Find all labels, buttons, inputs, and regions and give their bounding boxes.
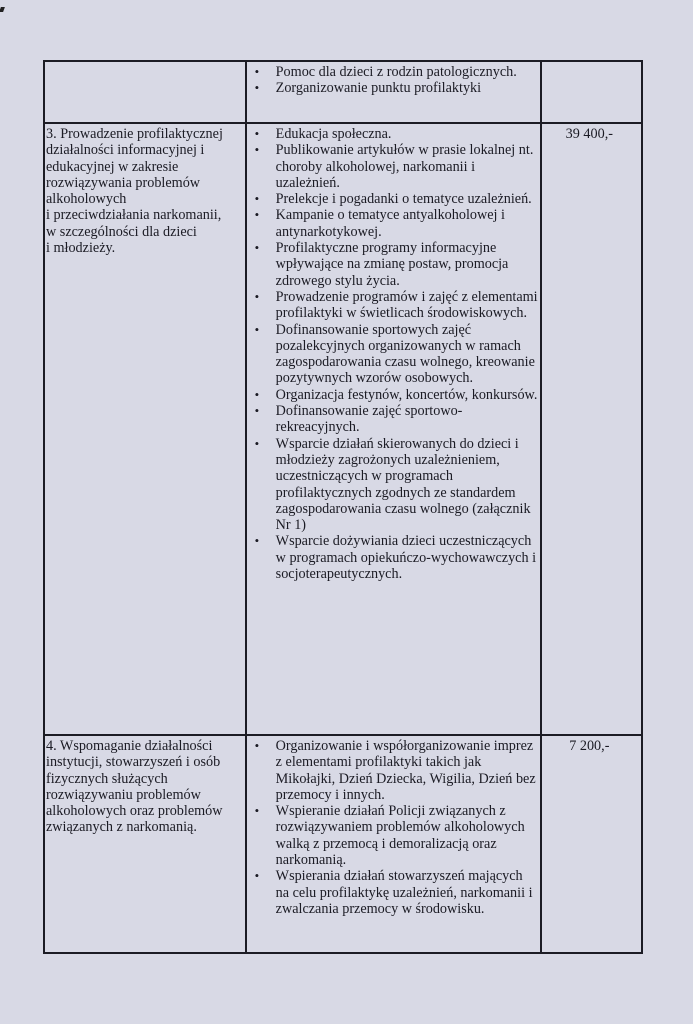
actions-cell: Pomoc dla dzieci z rodzin patologicznych… <box>246 61 541 123</box>
table-row: 3. Prowadzenie profilaktycznej działalno… <box>44 123 642 735</box>
task-line: fizycznych służących <box>46 771 243 787</box>
list-item: Kampanie o tematyce antyalkoholowej i an… <box>247 207 540 240</box>
actions-list: Pomoc dla dzieci z rodzin patologicznych… <box>247 64 540 97</box>
list-item: Wsparcie działań skierowanych do dzieci … <box>247 436 540 534</box>
task-cell: 4. Wspomaganie działalności instytucji, … <box>44 735 246 953</box>
list-item: Zorganizowanie punktu profilaktyki <box>247 80 540 96</box>
task-line: rozwiązywania problemów <box>46 175 243 191</box>
actions-list: Organizowanie i współorganizowanie impre… <box>247 738 540 917</box>
amount-cell: 39 400,- <box>541 123 642 735</box>
task-cell <box>44 61 246 123</box>
list-item: Dofinansowanie sportowych zajęć pozalekc… <box>247 322 540 387</box>
task-line: alkoholowych <box>46 191 243 207</box>
task-line: związanych z narkomanią. <box>46 819 243 835</box>
list-item: Organizowanie i współorganizowanie impre… <box>247 738 540 803</box>
scan-corner-mark <box>0 7 5 12</box>
amount-cell: 7 200,- <box>541 735 642 953</box>
list-item: Profilaktyczne programy informacyjne wpł… <box>247 240 540 289</box>
task-line: działalności informacyjnej i <box>46 142 243 158</box>
task-line: rozwiązywaniu problemów <box>46 787 243 803</box>
task-cell: 3. Prowadzenie profilaktycznej działalno… <box>44 123 246 735</box>
list-item: Prowadzenie programów i zajęć z elementa… <box>247 289 540 322</box>
actions-list: Edukacja społeczna. Publikowanie artykuł… <box>247 126 540 582</box>
list-item: Prelekcje i pogadanki o tematyce uzależn… <box>247 191 540 207</box>
amount-cell <box>541 61 642 123</box>
task-line: 4. Wspomaganie działalności <box>46 738 243 754</box>
task-line: w szczególności dla dzieci <box>46 224 243 240</box>
task-line: edukacyjnej w zakresie <box>46 159 243 175</box>
list-item: Edukacja społeczna. <box>247 126 540 142</box>
task-line: i młodzieży. <box>46 240 243 256</box>
actions-cell: Edukacja społeczna. Publikowanie artykuł… <box>246 123 541 735</box>
task-line: i przeciwdziałania narkomanii, <box>46 207 243 223</box>
task-line: alkoholowych oraz problemów <box>46 803 243 819</box>
list-item: Publikowanie artykułów w prasie lokalnej… <box>247 142 540 191</box>
actions-cell: Organizowanie i współorganizowanie impre… <box>246 735 541 953</box>
table-row: 4. Wspomaganie działalności instytucji, … <box>44 735 642 953</box>
list-item: Pomoc dla dzieci z rodzin patologicznych… <box>247 64 540 80</box>
list-item: Wspieranie działań Policji związanych z … <box>247 803 540 868</box>
list-item: Dofinansowanie zajęć sportowo-rekreacyjn… <box>247 403 540 436</box>
list-item: Organizacja festynów, koncertów, konkurs… <box>247 387 540 403</box>
task-line: instytucji, stowarzyszeń i osób <box>46 754 243 770</box>
table-row: Pomoc dla dzieci z rodzin patologicznych… <box>44 61 642 123</box>
task-line: 3. Prowadzenie profilaktycznej <box>46 126 243 142</box>
list-item: Wspierania działań stowarzyszeń mających… <box>247 868 540 917</box>
list-item: Wsparcie dożywiania dzieci uczestniczący… <box>247 533 540 582</box>
budget-table: Pomoc dla dzieci z rodzin patologicznych… <box>43 60 643 954</box>
